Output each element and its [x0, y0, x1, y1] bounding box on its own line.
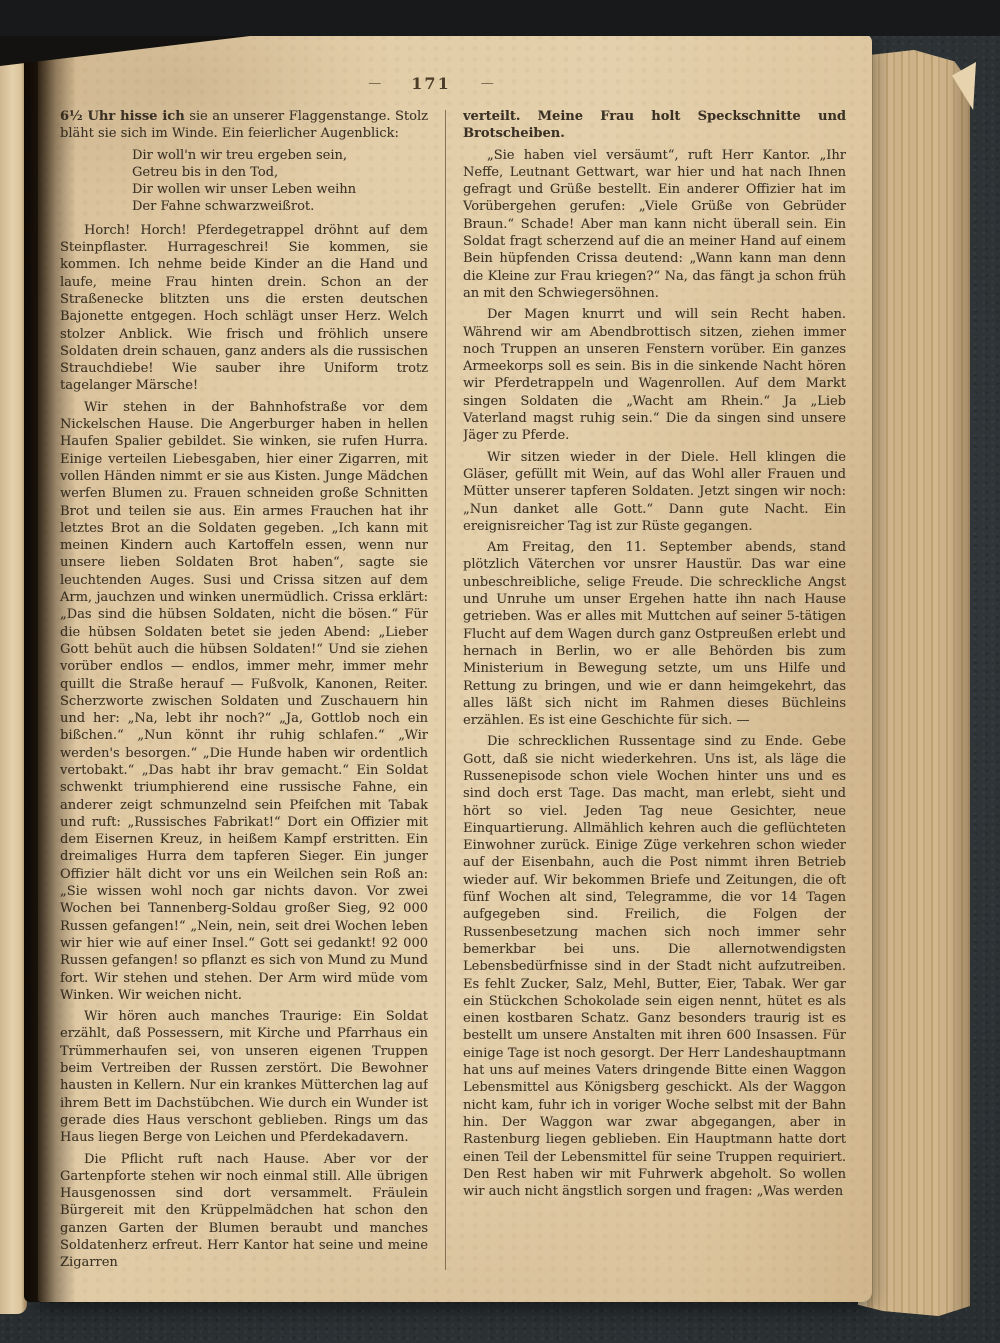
header-dash-left: —	[368, 76, 381, 91]
book-cover-top-edge	[0, 0, 1000, 36]
header-dash-right: —	[481, 76, 494, 91]
left-column: 6½ Uhr hisse ich sie an unserer Flaggens…	[60, 108, 428, 1272]
paragraph: Wir sitzen wieder in der Diele. Hell kli…	[463, 449, 846, 535]
page-number: 171	[411, 74, 450, 93]
column-divider-rule	[445, 110, 446, 1270]
paragraph-intro: 6½ Uhr hisse ich sie an unserer Flaggens…	[60, 108, 428, 143]
previous-page-edge	[0, 52, 27, 1314]
page-header: — 171 —	[38, 74, 824, 93]
paragraph: Die Pflicht ruft nach Hause. Aber vor de…	[60, 1151, 428, 1272]
paragraph: Die schrecklichen Russentage sind zu End…	[463, 733, 846, 1200]
paragraph: Am Freitag, den 11. September abends, st…	[463, 539, 846, 729]
poem-line: Getreu bis in den Tod,	[132, 164, 428, 181]
page-fore-edge	[858, 50, 970, 1316]
paragraph: Horch! Horch! Pferdegetrappel dröhnt auf…	[60, 222, 428, 395]
poem-line: Dir woll'n wir treu ergeben sein,	[132, 147, 428, 164]
flag-poem: Dir woll'n wir treu ergeben sein, Getreu…	[132, 147, 428, 216]
paragraph: Wir hören auch manches Traurige: Ein Sol…	[60, 1008, 428, 1146]
book-page: — 171 — 6½ Uhr hisse ich sie an unserer …	[38, 34, 872, 1302]
paragraph-lead: verteilt. Meine Frau holt Speckschnitte …	[463, 108, 846, 143]
page-text: 6½ Uhr hisse ich sie an unserer Flaggens…	[60, 108, 846, 1272]
paragraph: Der Magen knurrt und will sein Recht hab…	[463, 306, 846, 444]
paragraph: Wir stehen in der Bahnhofstraße vor dem …	[60, 399, 428, 1004]
intro-bold-lead: 6½ Uhr hisse ich	[60, 109, 185, 124]
poem-line: Der Fahne schwarzweißrot.	[132, 198, 428, 215]
paragraph: „Sie haben viel versäumt“, ruft Herr Kan…	[463, 147, 846, 303]
poem-line: Dir wollen wir unser Leben weihn	[132, 181, 428, 198]
right-column: verteilt. Meine Frau holt Speckschnitte …	[463, 108, 846, 1272]
